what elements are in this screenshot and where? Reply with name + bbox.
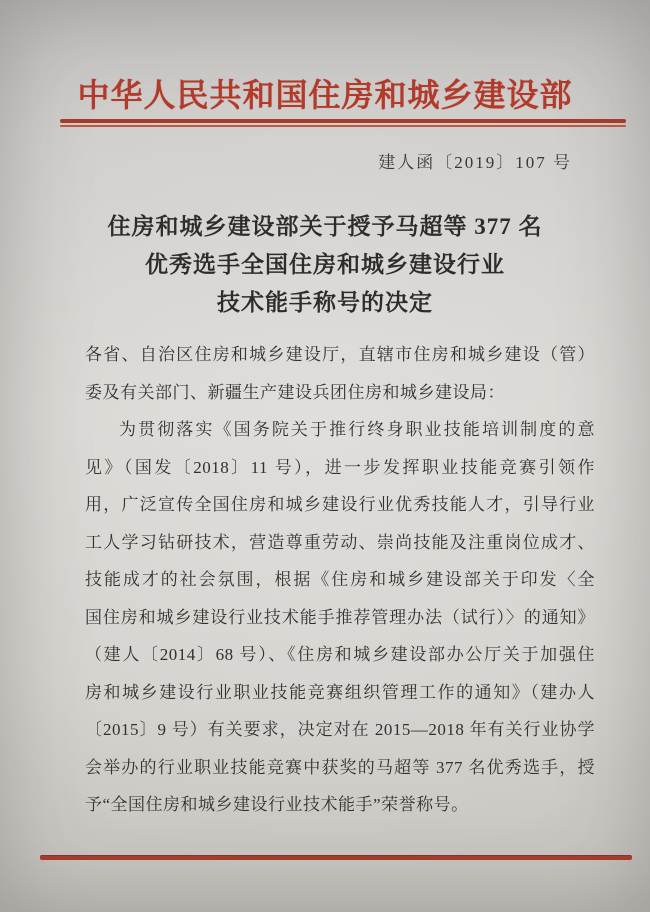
document-title-line: 优秀选手全国住房和城乡建设行业 bbox=[0, 246, 650, 284]
body-line: 委及有关部门、新疆生产建设兵团住房和城乡建设局： bbox=[85, 374, 595, 412]
red-rule-thick-line bbox=[60, 119, 626, 123]
document-body: 各省、自治区住房和城乡建设厅，直辖市住房和城乡建设（管） 委及有关部门、新疆生产… bbox=[85, 336, 595, 824]
document-title-line: 住房和城乡建设部关于授予马超等 377 名 bbox=[0, 208, 650, 246]
body-line: 工人学习钻研技术，营造尊重劳动、崇尚技能及注重岗位成才、 bbox=[85, 524, 595, 562]
red-rule-thin-line bbox=[60, 125, 626, 127]
body-line: 见》（国发〔2018〕11 号），进一步发挥职业技能竞赛引领作 bbox=[85, 449, 595, 487]
document-photo-page: 中华人民共和国住房和城乡建设部 建人函〔2019〕107 号 住房和城乡建设部关… bbox=[0, 0, 650, 912]
body-line: 房和城乡建设行业职业技能竞赛组织管理工作的通知》（建办人 bbox=[85, 674, 595, 712]
letterhead-title: 中华人民共和国住房和城乡建设部 bbox=[0, 70, 650, 116]
body-line: 国住房和城乡建设行业技术能手推荐管理办法（试行）〉的通知》 bbox=[85, 599, 595, 637]
document-title-line: 技术能手称号的决定 bbox=[0, 284, 650, 322]
body-line: 会举办的行业职业技能竞赛中获奖的马超等 377 名优秀选手，授 bbox=[85, 749, 595, 787]
body-line: 〔2015〕9 号）有关要求，决定对在 2015—2018 年有关行业协学 bbox=[85, 711, 595, 749]
body-line: 为贯彻落实《国务院关于推行终身职业技能培训制度的意 bbox=[85, 411, 595, 449]
footer-red-rule bbox=[40, 855, 632, 860]
document-title: 住房和城乡建设部关于授予马超等 377 名 优秀选手全国住房和城乡建设行业 技术… bbox=[0, 208, 650, 322]
body-line: （建人〔2014〕68 号）、《住房和城乡建设部办公厅关于加强住 bbox=[85, 636, 595, 674]
body-line: 予“全国住房和城乡建设行业技术能手”荣誉称号。 bbox=[85, 786, 595, 824]
letterhead-red-rule bbox=[60, 119, 626, 127]
body-line: 各省、自治区住房和城乡建设厅，直辖市住房和城乡建设（管） bbox=[85, 336, 595, 374]
document-number: 建人函〔2019〕107 号 bbox=[378, 148, 572, 173]
body-line: 用，广泛宣传全国住房和城乡建设行业优秀技能人才，引导行业 bbox=[85, 486, 595, 524]
addressee-paragraph: 各省、自治区住房和城乡建设厅，直辖市住房和城乡建设（管） 委及有关部门、新疆生产… bbox=[85, 336, 595, 411]
decision-paragraph: 为贯彻落实《国务院关于推行终身职业技能培训制度的意 见》（国发〔2018〕11 … bbox=[85, 411, 595, 824]
body-line: 技能成才的社会氛围，根据《住房和城乡建设部关于印发〈全 bbox=[85, 561, 595, 599]
